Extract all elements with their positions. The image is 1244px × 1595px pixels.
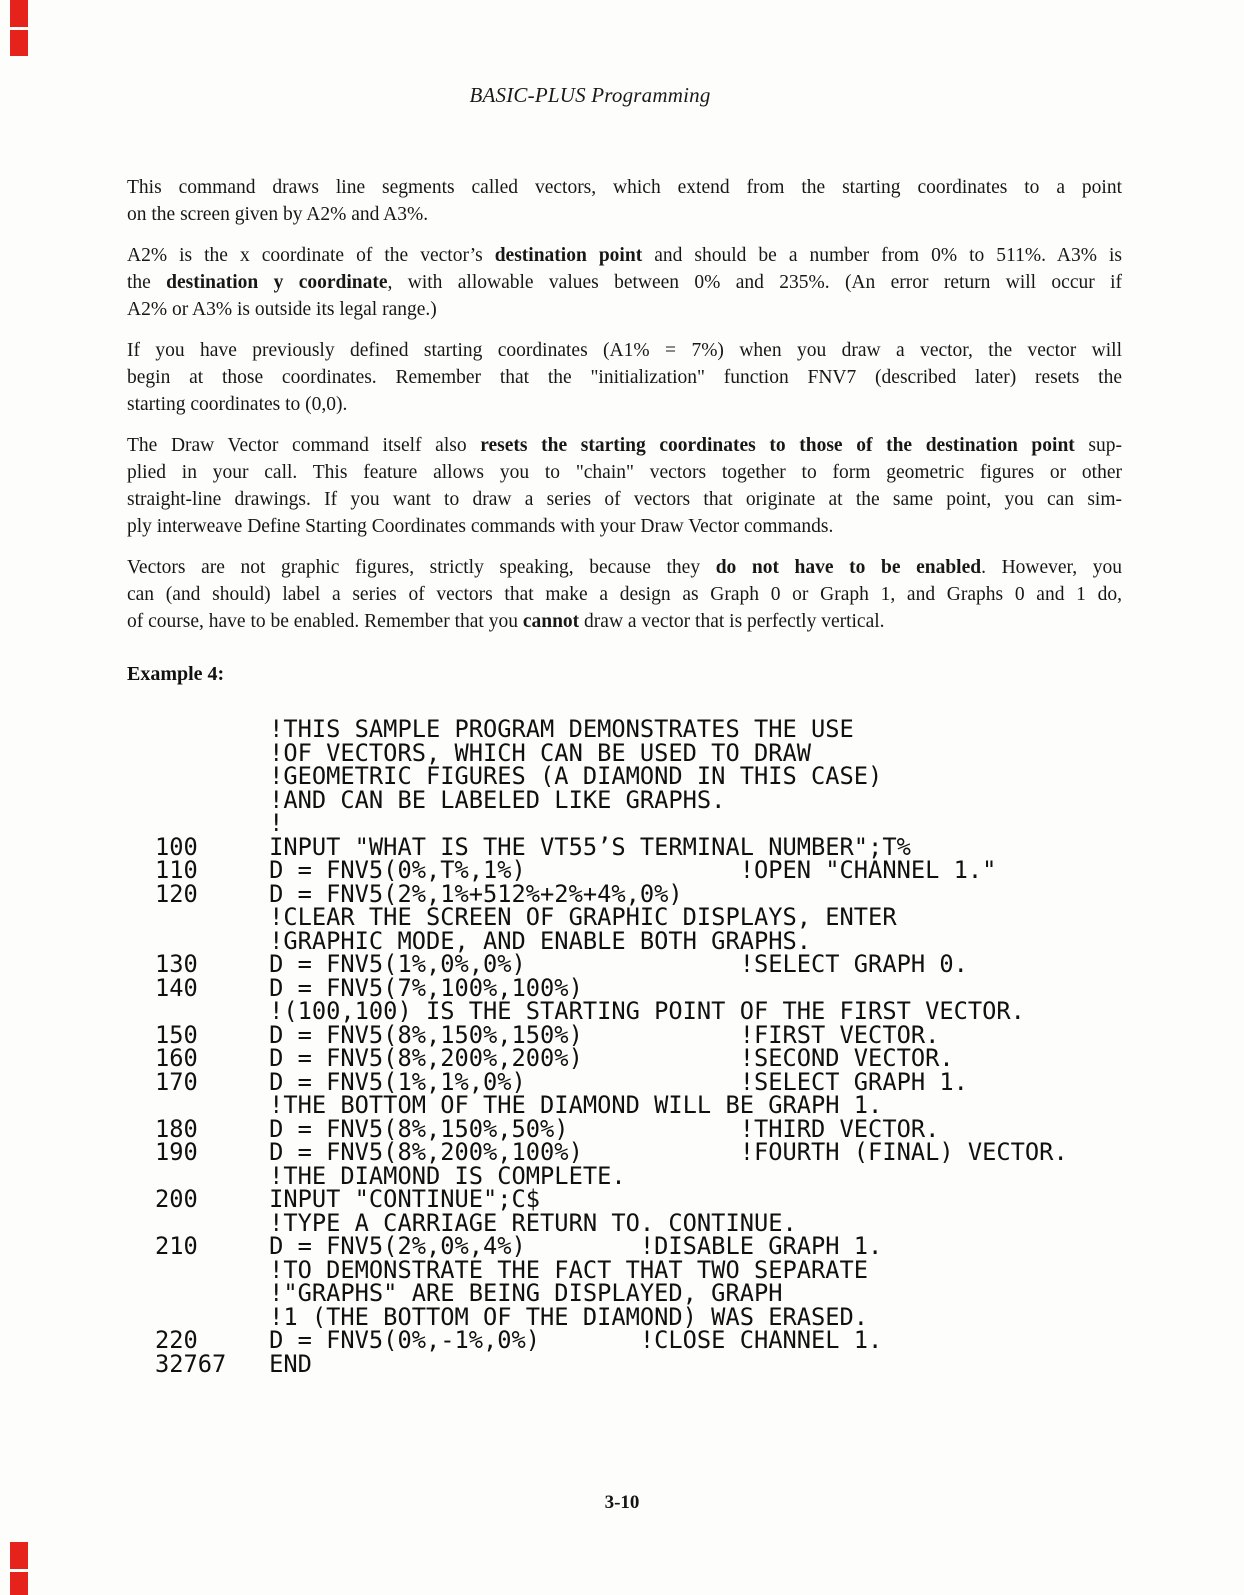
- paragraph-line: on the screen given by A2% and A3%.: [127, 201, 1122, 228]
- paragraph-line: starting coordinates to (0,0).: [127, 391, 1122, 418]
- code-listing: !THIS SAMPLE PROGRAM DEMONSTRATES THE US…: [155, 718, 1122, 1376]
- paragraph-line: ply interweave Define Starting Coordinat…: [127, 513, 1122, 540]
- paragraph-line: A2% or A3% is outside its legal range.): [127, 296, 1122, 323]
- paragraph-line: of course, have to be enabled. Remember …: [127, 608, 1122, 635]
- example-heading: Example 4:: [127, 661, 1122, 688]
- paragraph: Vectors are not graphic figures, strictl…: [127, 554, 1122, 635]
- paragraph-line: begin at those coordinates. Remember tha…: [127, 364, 1122, 391]
- body-text: This command draws line segments called …: [127, 174, 1122, 1376]
- paragraph-line: straight-line drawings. If you want to d…: [127, 486, 1122, 513]
- page-number: 3-10: [605, 1492, 640, 1513]
- paragraph: A2% is the x coordinate of the vector’s …: [127, 242, 1122, 323]
- paragraph-line: plied in your call. This feature allows …: [127, 459, 1122, 486]
- paragraph-line: If you have previously defined starting …: [127, 337, 1122, 364]
- paragraph-line: The Draw Vector command itself also rese…: [127, 432, 1122, 459]
- red-edge-mark-bottom-lower: [10, 1572, 28, 1595]
- document-page: BASIC-PLUS Programming This command draw…: [0, 0, 1244, 1595]
- paragraph-line: Vectors are not graphic figures, strictl…: [127, 554, 1122, 581]
- paragraph-line: can (and should) label a series of vecto…: [127, 581, 1122, 608]
- paragraph-line: This command draws line segments called …: [127, 174, 1122, 201]
- running-header: BASIC-PLUS Programming: [0, 83, 1180, 108]
- red-edge-mark-bottom-upper: [10, 1542, 28, 1569]
- paragraph-line: the destination y coordinate, with allow…: [127, 269, 1122, 296]
- paragraph: This command draws line segments called …: [127, 174, 1122, 228]
- red-edge-mark-top-upper: [10, 0, 28, 27]
- paragraph: The Draw Vector command itself also rese…: [127, 432, 1122, 540]
- paragraph: If you have previously defined starting …: [127, 337, 1122, 418]
- red-edge-mark-top-lower: [10, 30, 28, 56]
- page-footer: 3-10: [0, 1492, 1244, 1514]
- paragraph-line: A2% is the x coordinate of the vector’s …: [127, 242, 1122, 269]
- header-title: BASIC-PLUS Programming: [469, 83, 710, 107]
- paragraphs: This command draws line segments called …: [127, 174, 1122, 635]
